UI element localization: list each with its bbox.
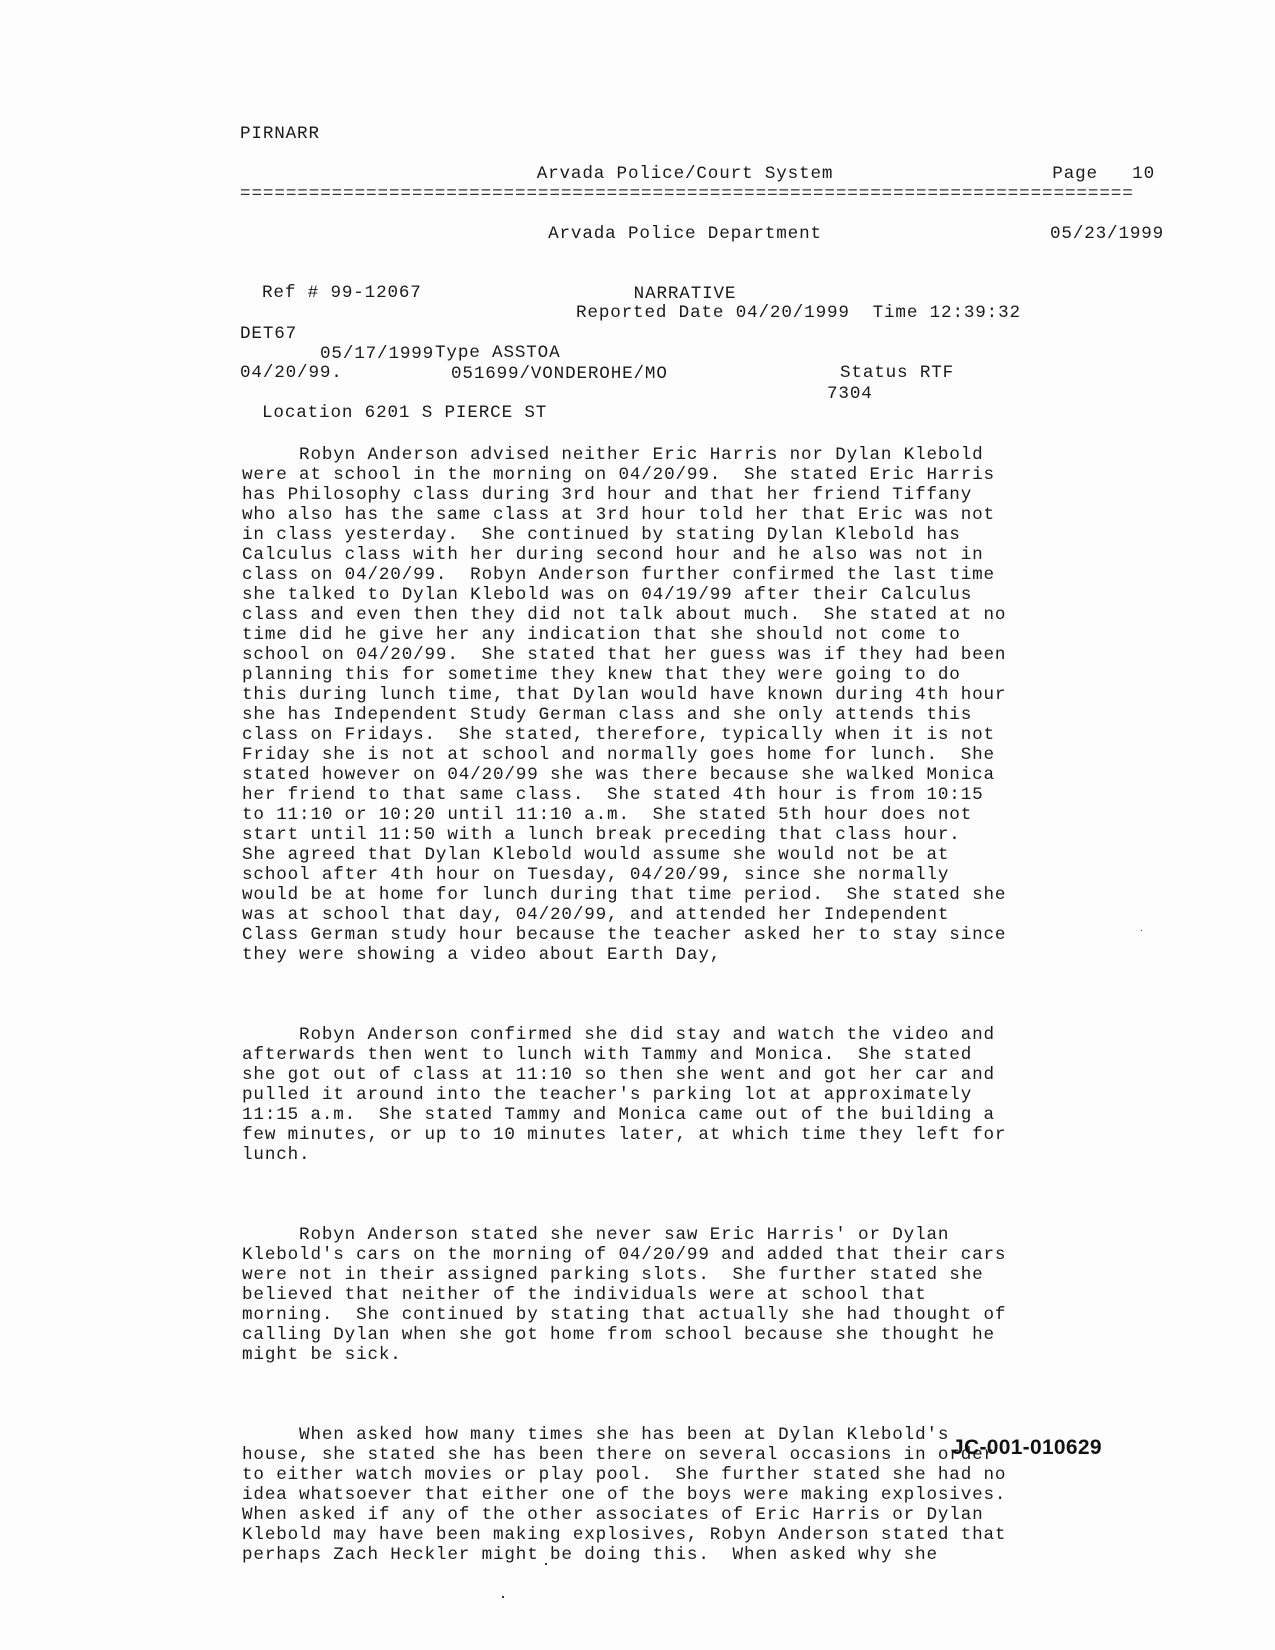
narrative-paragraph: Robyn Anderson confirmed she did stay an… <box>242 1025 1082 1165</box>
scan-speck <box>502 1596 504 1598</box>
page-label: Page <box>1052 164 1098 184</box>
page-number-line: Page 10 <box>1050 164 1155 184</box>
section-title: NARRATIVE <box>535 284 835 304</box>
ref-number: Ref # 99-12067 <box>262 283 422 303</box>
form-code: PIRNARR <box>240 124 320 144</box>
scan-speck <box>1141 930 1142 931</box>
narrative-paragraph: Robyn Anderson advised neither Eric Harr… <box>242 445 1082 965</box>
page-number: 10 <box>1132 164 1155 184</box>
narrative-date: 04/20/99. <box>240 363 343 383</box>
header-separator: ========================================… <box>240 184 1155 204</box>
case-type: Type ASSTOA <box>435 343 561 363</box>
print-date: 05/23/1999 <box>1050 224 1155 244</box>
system-name: Arvada Police/Court System <box>535 164 835 184</box>
officer-code: DET67 <box>240 324 297 344</box>
department-name: Arvada Police Department <box>535 224 835 244</box>
bates-stamp: JC-001-010629 <box>952 1436 1102 1460</box>
entry-line: DET67 05/17/1999 051699/VONDEROHE/MO 730… <box>240 304 1140 324</box>
entry-date: 05/17/1999 <box>320 344 434 364</box>
document-page: PIRNARR Arvada Police/Court System Arvad… <box>0 0 1275 1650</box>
scan-speck <box>545 1563 547 1565</box>
narrative-paragraph: Robyn Anderson stated she never saw Eric… <box>242 1225 1082 1365</box>
page-info: Page 10 05/23/1999 <box>1050 124 1155 284</box>
entry-id: 051699/VONDEROHE/MO <box>451 364 668 384</box>
entry-number: 7304 <box>827 384 873 404</box>
case-status: Status RTF <box>840 363 954 383</box>
